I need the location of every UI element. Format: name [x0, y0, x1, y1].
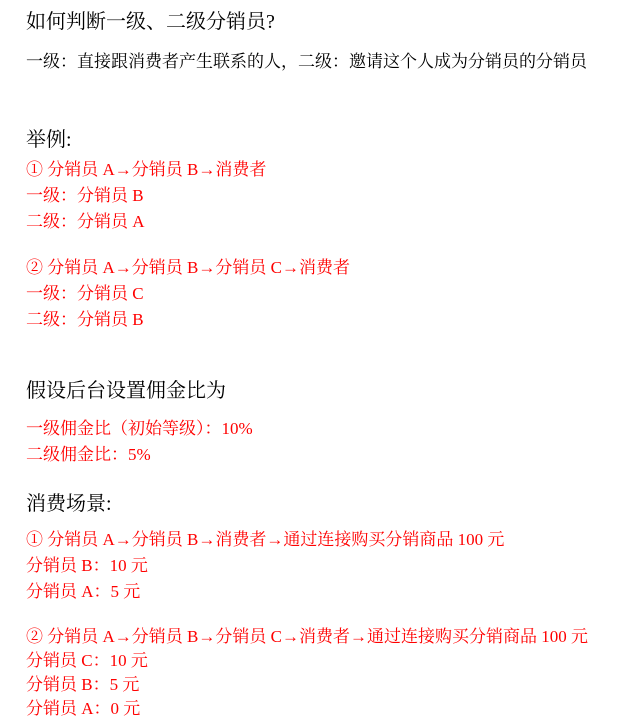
- commission-rates: 一级佣金比（初始等级）：10% 二级佣金比：5%: [26, 416, 628, 468]
- scenario-1-chain: ① 分销员 A→分销员 B→消费者→通过连接购买分销商品 100 元: [26, 527, 628, 553]
- examples-section-header: 举例:: [26, 128, 628, 152]
- scenario-1: ① 分销员 A→分销员 B→消费者→通过连接购买分销商品 100 元 分销员 B…: [26, 527, 628, 605]
- commission-section-header: 假设后台设置佣金比为: [26, 379, 628, 403]
- scenario-2-payout3: 分销员 A：0 元: [26, 697, 628, 721]
- document-page: 如何判断一级、二级分销员? 一级：直接跟消费者产生联系的人，二级：邀请这个人成为…: [0, 0, 634, 727]
- example-2: ② 分销员 A→分销员 B→分销员 C→消费者 一级：分销员 C 二级：分销员 …: [26, 255, 628, 333]
- commission-level2-rate: 二级佣金比：5%: [26, 442, 628, 468]
- example-1-chain: ① 分销员 A→分销员 B→消费者: [26, 157, 628, 183]
- example-1-level2: 二级：分销员 A: [26, 209, 628, 235]
- document-title: 如何判断一级、二级分销员?: [26, 10, 628, 34]
- commission-level1-rate: 一级佣金比（初始等级）：10%: [26, 416, 628, 442]
- scenario-1-payout1: 分销员 B：10 元: [26, 553, 628, 579]
- example-1-level1: 一级：分销员 B: [26, 183, 628, 209]
- scenario-section-header: 消费场景:: [26, 492, 628, 516]
- scenario-1-payout2: 分销员 A：5 元: [26, 579, 628, 605]
- example-2-level2: 二级：分销员 B: [26, 307, 628, 333]
- example-2-level1: 一级：分销员 C: [26, 281, 628, 307]
- scenario-2-payout2: 分销员 B：5 元: [26, 673, 628, 697]
- scenario-2: ② 分销员 A→分销员 B→分销员 C→消费者→通过连接购买分销商品 100 元…: [26, 625, 628, 721]
- example-2-chain: ② 分销员 A→分销员 B→分销员 C→消费者: [26, 255, 628, 281]
- scenario-2-payout1: 分销员 C：10 元: [26, 649, 628, 673]
- example-1: ① 分销员 A→分销员 B→消费者 一级：分销员 B 二级：分销员 A: [26, 157, 628, 235]
- scenario-2-chain: ② 分销员 A→分销员 B→分销员 C→消费者→通过连接购买分销商品 100 元: [26, 625, 628, 649]
- intro-definition: 一级：直接跟消费者产生联系的人，二级：邀请这个人成为分销员的分销员: [26, 50, 628, 74]
